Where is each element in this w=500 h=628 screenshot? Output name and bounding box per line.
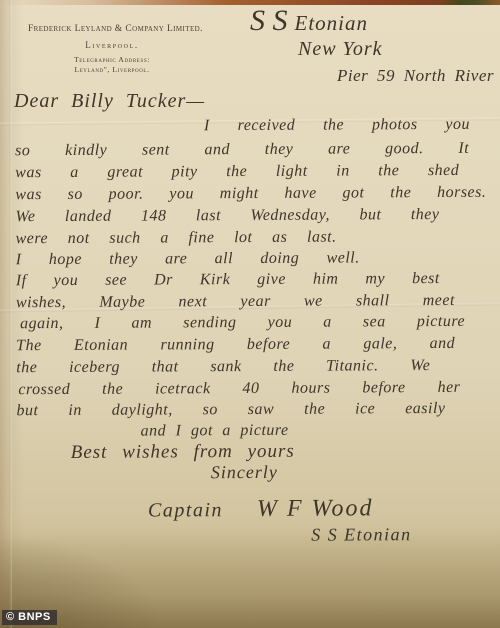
letter-line: The Etonian running before a gale, and (16, 334, 455, 356)
signature-name: W F Wood (257, 495, 374, 522)
letter-photo: Frederick Leyland & Company Limited. Liv… (0, 0, 500, 628)
letter-line: were not such a fine lot as last. (16, 228, 337, 250)
closing-sincerely: Sincerly (211, 462, 278, 483)
letter-line: crossed the icetrack 40 hours before her (18, 378, 460, 400)
letter-line: If you see Dr Kirk give him my best (16, 269, 440, 291)
letter-line: but in daylight, so saw the ice easily (16, 399, 445, 421)
letter-line: was so poor. you might have got the hors… (15, 183, 486, 205)
letter-line: was a great pity the light in the shed (15, 161, 459, 183)
signature-row: CaptainW F Wood (148, 495, 374, 523)
photo-credit-badge: © BNPS (2, 610, 57, 625)
letter-line: the iceberg that sank the Titanic. We (16, 356, 430, 378)
letter-line: again, I am sending you a sea picture (20, 312, 465, 334)
letter-line: so kindly sent and they are good. It (15, 139, 469, 161)
signature-rank: Captain (148, 499, 223, 521)
letter-line: and I got a picture (141, 421, 289, 442)
letter-line: I received the photos you (204, 115, 470, 136)
photo-credit-text: © BNPS (6, 611, 51, 623)
closing-line: Best wishes from yours (71, 441, 295, 464)
letter-line: We landed 148 last Wednesday, but they (15, 205, 439, 227)
letter-line: wishes, Maybe next year we shall meet (16, 291, 455, 313)
letter-body: I received the photos you so kindly sent… (0, 0, 500, 628)
signature-ship: S S Etonian (311, 524, 412, 546)
letter-line: I hope they are all doing well. (16, 248, 360, 270)
